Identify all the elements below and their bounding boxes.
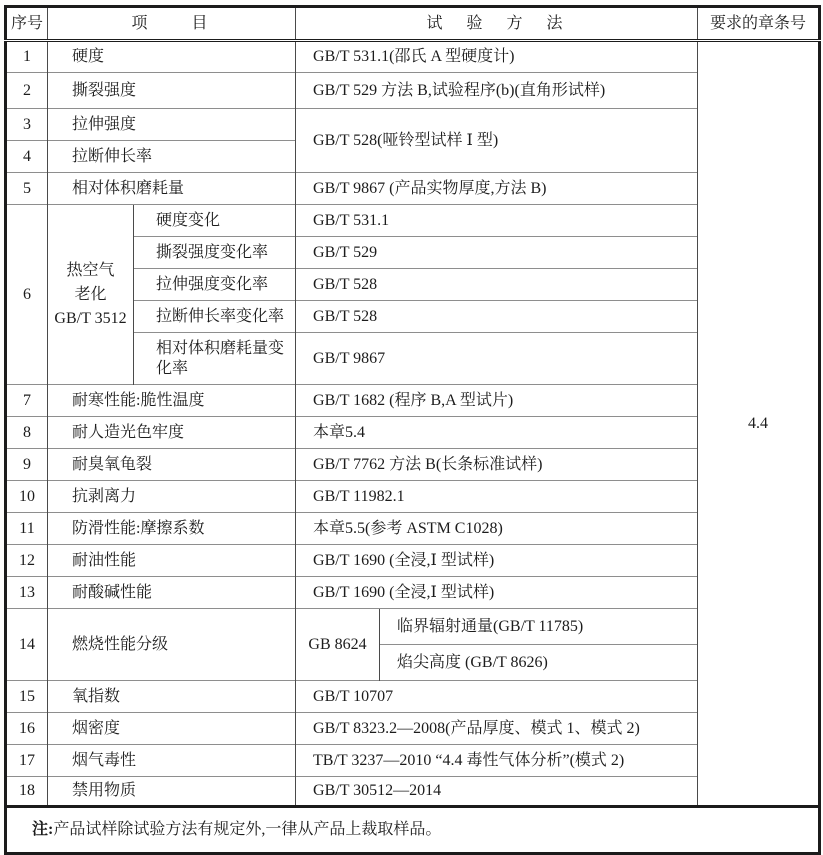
method-cell: GB/T 30512—2014 bbox=[296, 777, 698, 807]
method-cell: GB/T 531.1 bbox=[296, 205, 698, 237]
item-cell: 耐寒性能:脆性温度 bbox=[48, 385, 296, 417]
table-row: 12 耐油性能 GB/T 1690 (全浸,Ⅰ 型试样) bbox=[6, 545, 820, 577]
table-row: 14 燃烧性能分级 GB 8624 临界辐射通量(GB/T 11785) bbox=[6, 609, 820, 645]
method-cell: 焰尖高度 (GB/T 8626) bbox=[380, 645, 698, 681]
seq-cell: 9 bbox=[6, 449, 48, 481]
header-row: 序号 项 目 试 验 方 法 要求的章条号 bbox=[6, 7, 820, 41]
method-cell: GB/T 1690 (全浸,Ⅰ 型试样) bbox=[296, 577, 698, 609]
clause-cell: 4.4 bbox=[698, 41, 820, 807]
item-cell: 燃烧性能分级 bbox=[48, 609, 296, 681]
table-row: 7 耐寒性能:脆性温度 GB/T 1682 (程序 B,A 型试片) bbox=[6, 385, 820, 417]
method-cell: GB/T 1682 (程序 B,A 型试片) bbox=[296, 385, 698, 417]
note-text: 产品试样除试验方法有规定外,一律从产品上裁取样品。 bbox=[53, 821, 441, 838]
seq-cell: 7 bbox=[6, 385, 48, 417]
table-row: 15 氧指数 GB/T 10707 bbox=[6, 681, 820, 713]
method-cell: GB/T 528 bbox=[296, 301, 698, 333]
seq-cell: 18 bbox=[6, 777, 48, 807]
item-cell: 硬度 bbox=[48, 41, 296, 73]
seq-cell: 3 bbox=[6, 109, 48, 141]
scanned-standard-table-page: 序号 项 目 试 验 方 法 要求的章条号 1 硬度 GB/T 531.1(邵氏… bbox=[0, 0, 823, 855]
seq-cell: 17 bbox=[6, 745, 48, 777]
item-cell: 撕裂强度 bbox=[48, 73, 296, 109]
seq-cell: 4 bbox=[6, 141, 48, 173]
item-cell: 抗剥离力 bbox=[48, 481, 296, 513]
method-cell: GB/T 9867 (产品实物厚度,方法 B) bbox=[296, 173, 698, 205]
seq-cell: 15 bbox=[6, 681, 48, 713]
method-cell: GB/T 7762 方法 B(长条标准试样) bbox=[296, 449, 698, 481]
sub-item-cell: 拉断伸长率变化率 bbox=[134, 301, 296, 333]
method-cell: 临界辐射通量(GB/T 11785) bbox=[380, 609, 698, 645]
item-cell: 相对体积磨耗量 bbox=[48, 173, 296, 205]
method-cell: GB/T 528 bbox=[296, 269, 698, 301]
table-row: 8 耐人造光色牢度 本章5.4 bbox=[6, 417, 820, 449]
method-cell: GB/T 529 方法 B,试验程序(b)(直角形试样) bbox=[296, 73, 698, 109]
table-row: 3 拉伸强度 GB/T 528(哑铃型试样 Ⅰ 型) bbox=[6, 109, 820, 141]
seq-cell: 14 bbox=[6, 609, 48, 681]
seq-cell: 11 bbox=[6, 513, 48, 545]
table-row: 13 耐酸碱性能 GB/T 1690 (全浸,Ⅰ 型试样) bbox=[6, 577, 820, 609]
item-cell: 耐油性能 bbox=[48, 545, 296, 577]
table-row: 18 禁用物质 GB/T 30512—2014 bbox=[6, 777, 820, 807]
item-cell: 烟密度 bbox=[48, 713, 296, 745]
method-cell: GB/T 9867 bbox=[296, 333, 698, 385]
method-cell: GB/T 1690 (全浸,Ⅰ 型试样) bbox=[296, 545, 698, 577]
item-cell: 拉伸强度 bbox=[48, 109, 296, 141]
table-row: 16 烟密度 GB/T 8323.2—2008(产品厚度、模式 1、模式 2) bbox=[6, 713, 820, 745]
method-cell: GB/T 8323.2—2008(产品厚度、模式 1、模式 2) bbox=[296, 713, 698, 745]
item-cell: 烟气毒性 bbox=[48, 745, 296, 777]
item-cell: 耐人造光色牢度 bbox=[48, 417, 296, 449]
method-cell: GB/T 531.1(邵氏 A 型硬度计) bbox=[296, 41, 698, 73]
sub-item-cell: 撕裂强度变化率 bbox=[134, 237, 296, 269]
header-item: 项 目 bbox=[48, 7, 296, 41]
item-cell: 防滑性能:摩擦系数 bbox=[48, 513, 296, 545]
sub-item-cell: 硬度变化 bbox=[134, 205, 296, 237]
item-cell: 耐臭氧龟裂 bbox=[48, 449, 296, 481]
table-row: 5 相对体积磨耗量 GB/T 9867 (产品实物厚度,方法 B) bbox=[6, 173, 820, 205]
seq-cell: 1 bbox=[6, 41, 48, 73]
method-cell: TB/T 3237—2010 “4.4 毒性气体分析”(模式 2) bbox=[296, 745, 698, 777]
method-cell: GB/T 11982.1 bbox=[296, 481, 698, 513]
table-row: 11 防滑性能:摩擦系数 本章5.5(参考 ASTM C1028) bbox=[6, 513, 820, 545]
seq-cell: 6 bbox=[6, 205, 48, 385]
header-clause: 要求的章条号 bbox=[698, 7, 820, 41]
item-cell: 氧指数 bbox=[48, 681, 296, 713]
seq-cell: 12 bbox=[6, 545, 48, 577]
note: 注:产品试样除试验方法有规定外,一律从产品上裁取样品。 bbox=[6, 807, 820, 854]
seq-cell: 16 bbox=[6, 713, 48, 745]
table-row: 17 烟气毒性 TB/T 3237—2010 “4.4 毒性气体分析”(模式 2… bbox=[6, 745, 820, 777]
item-cell: 禁用物质 bbox=[48, 777, 296, 807]
table-row: 10 抗剥离力 GB/T 11982.1 bbox=[6, 481, 820, 513]
table-row: 6 热空气 老化 GB/T 3512 硬度变化 GB/T 531.1 bbox=[6, 205, 820, 237]
table-row: 1 硬度 GB/T 531.1(邵氏 A 型硬度计) 4.4 bbox=[6, 41, 820, 73]
item-cell: 耐酸碱性能 bbox=[48, 577, 296, 609]
table-row: 9 耐臭氧龟裂 GB/T 7762 方法 B(长条标准试样) bbox=[6, 449, 820, 481]
seq-cell: 8 bbox=[6, 417, 48, 449]
header-seq: 序号 bbox=[6, 7, 48, 41]
note-label: 注: bbox=[32, 821, 53, 838]
method-cell: GB/T 528(哑铃型试样 Ⅰ 型) bbox=[296, 109, 698, 173]
header-method: 试 验 方 法 bbox=[296, 7, 698, 41]
method-group-cell: GB 8624 bbox=[296, 609, 380, 681]
table-row: 2 撕裂强度 GB/T 529 方法 B,试验程序(b)(直角形试样) bbox=[6, 73, 820, 109]
sub-item-cell: 相对体积磨耗量变化率 bbox=[134, 333, 296, 385]
item-cell: 拉断伸长率 bbox=[48, 141, 296, 173]
item-group-cell: 热空气 老化 GB/T 3512 bbox=[48, 205, 134, 385]
seq-cell: 2 bbox=[6, 73, 48, 109]
note-row: 注:产品试样除试验方法有规定外,一律从产品上裁取样品。 bbox=[6, 807, 820, 854]
method-cell: 本章5.5(参考 ASTM C1028) bbox=[296, 513, 698, 545]
test-method-table: 序号 项 目 试 验 方 法 要求的章条号 1 硬度 GB/T 531.1(邵氏… bbox=[4, 5, 821, 855]
method-cell: GB/T 529 bbox=[296, 237, 698, 269]
seq-cell: 13 bbox=[6, 577, 48, 609]
method-cell: GB/T 10707 bbox=[296, 681, 698, 713]
method-cell: 本章5.4 bbox=[296, 417, 698, 449]
seq-cell: 5 bbox=[6, 173, 48, 205]
seq-cell: 10 bbox=[6, 481, 48, 513]
sub-item-cell: 拉伸强度变化率 bbox=[134, 269, 296, 301]
